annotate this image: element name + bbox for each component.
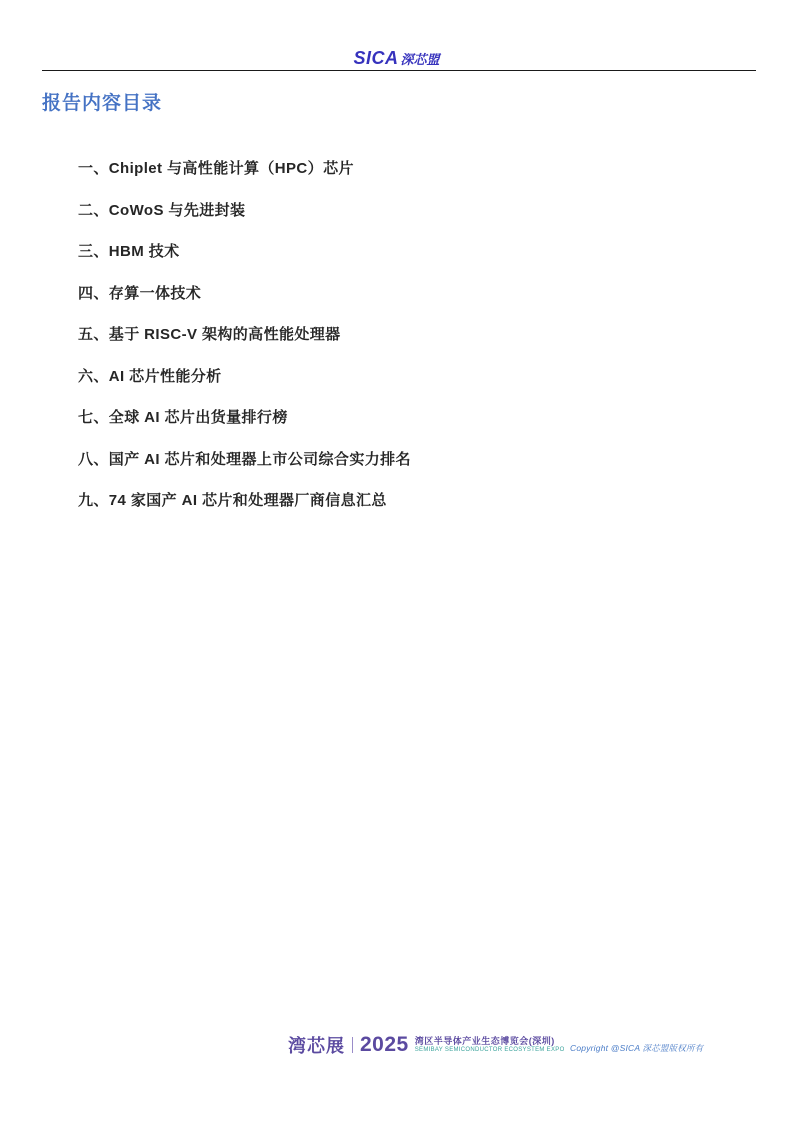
expo-subtitle-cn: 湾区半导体产业生态博览会(深圳)	[415, 1036, 565, 1047]
copyright-notice: Copyright @SICA 深芯盟版权所有	[570, 1042, 703, 1054]
toc-item-8: 八、国产 AI 芯片和处理器上市公司综合实力排名	[78, 451, 718, 469]
page-title: 报告内容目录	[42, 88, 162, 115]
header-divider-line	[42, 70, 756, 71]
toc-item-2: 二、CoWoS 与先进封装	[78, 202, 718, 220]
expo-logo: 湾芯展 2025 湾区半导体产业生态博览会(深圳) SEMIBAY SEMICO…	[288, 1032, 565, 1058]
toc-item-5: 五、基于 RISC-V 架构的高性能处理器	[78, 326, 718, 344]
table-of-contents: 一、Chiplet 与高性能计算（HPC）芯片 二、CoWoS 与先进封装 三、…	[78, 160, 718, 534]
expo-logo-divider	[352, 1037, 353, 1053]
expo-subtitle-en: SEMIBAY SEMICONDUCTOR ECOSYSTEM EXPO	[415, 1047, 565, 1055]
toc-item-4: 四、存算一体技术	[78, 285, 718, 303]
toc-item-3: 三、HBM 技术	[78, 243, 718, 261]
report-page: SICA深芯盟 报告内容目录 一、Chiplet 与高性能计算（HPC）芯片 二…	[0, 0, 793, 1123]
toc-item-6: 六、AI 芯片性能分析	[78, 368, 718, 386]
toc-item-1: 一、Chiplet 与高性能计算（HPC）芯片	[78, 160, 718, 178]
expo-subtitle-block: 湾区半导体产业生态博览会(深圳) SEMIBAY SEMICONDUCTOR E…	[415, 1036, 565, 1055]
sica-logo: SICA深芯盟	[0, 48, 793, 70]
sica-logo-latin: SICA	[353, 48, 398, 68]
toc-item-7: 七、全球 AI 芯片出货量排行榜	[78, 409, 718, 427]
sica-logo-cn: 深芯盟	[401, 52, 440, 67]
expo-name-cn: 湾芯展	[288, 1032, 345, 1058]
toc-item-9: 九、74 家国产 AI 芯片和处理器厂商信息汇总	[78, 492, 718, 510]
expo-year: 2025	[360, 1033, 409, 1057]
page-footer: 湾芯展 2025 湾区半导体产业生态博览会(深圳) SEMIBAY SEMICO…	[0, 1032, 793, 1062]
